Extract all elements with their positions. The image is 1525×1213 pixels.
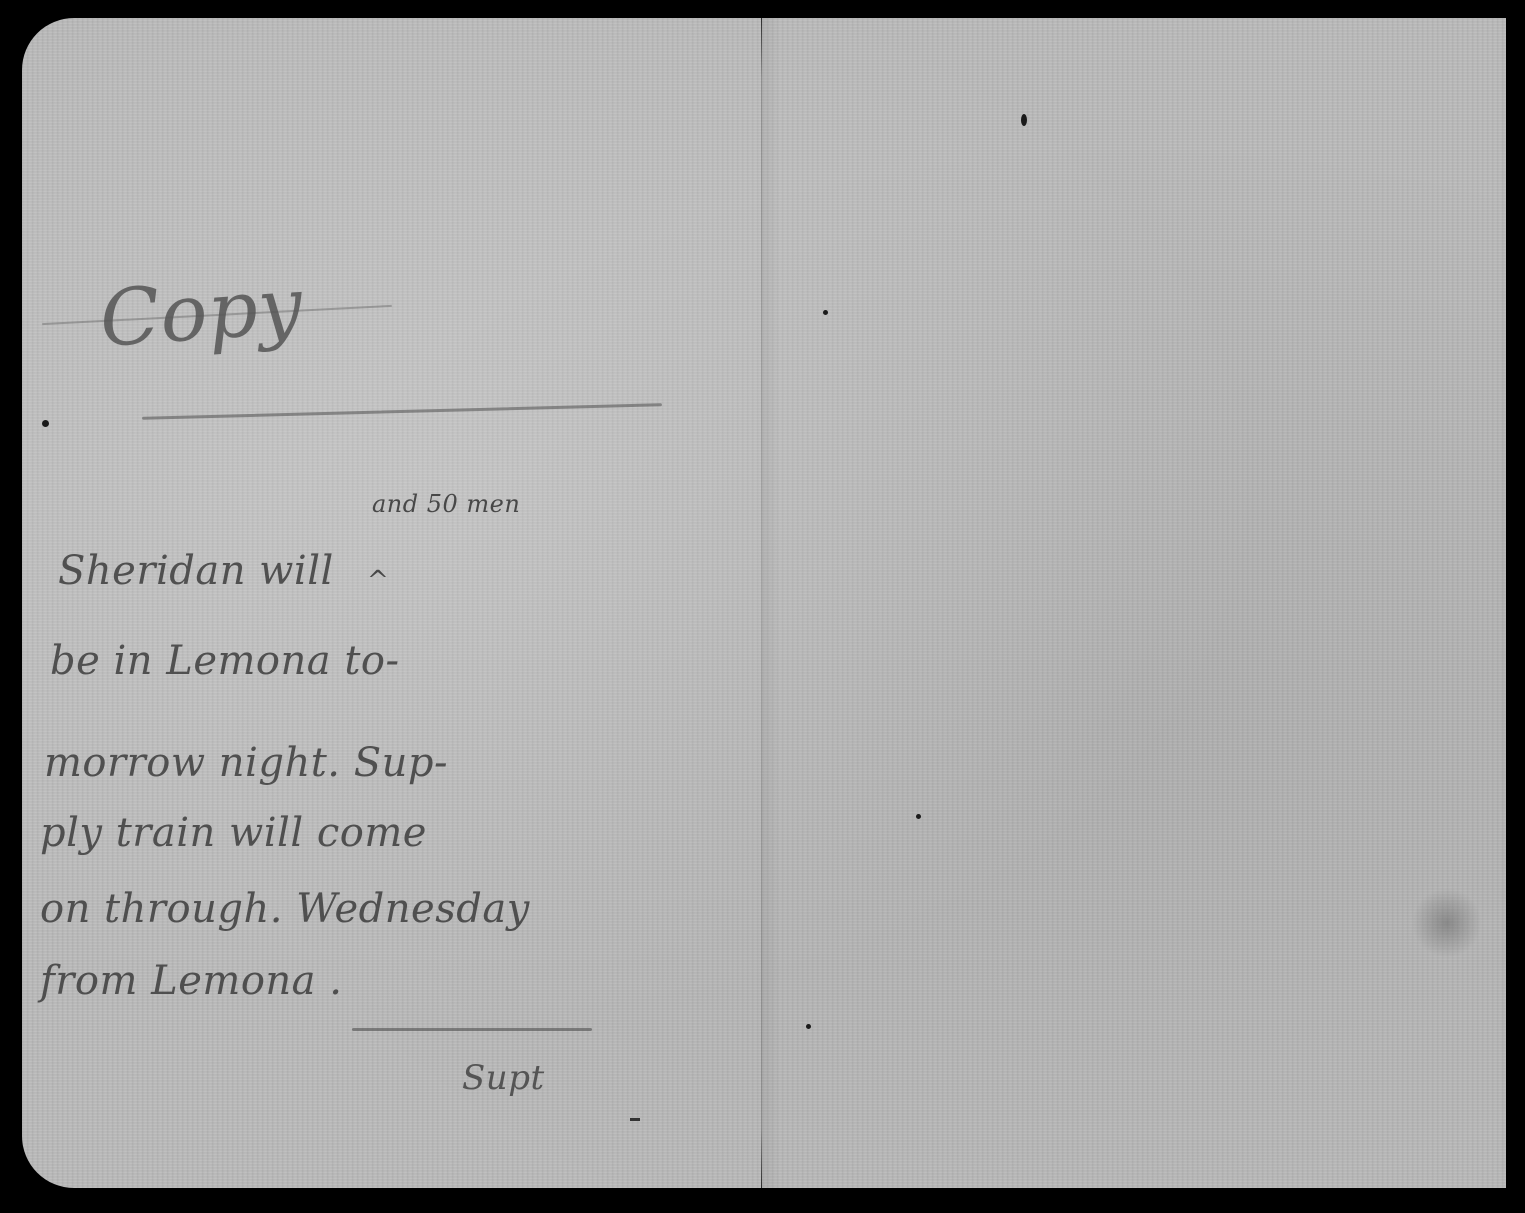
text-line-2: be in Lemona to- (50, 638, 400, 684)
signature-dash (630, 1118, 640, 1121)
fold-shadow (762, 18, 780, 1188)
scanned-paper: Copy and 50 men ^ Sheridan will be in Le… (22, 18, 1506, 1188)
text-line-6: from Lemona . (40, 958, 342, 1004)
ink-dot (823, 310, 828, 315)
center-fold-line (761, 18, 762, 1188)
text-line-1: Sheridan will (58, 548, 334, 594)
signature-scrawl (352, 1028, 592, 1031)
heading-underline (142, 403, 662, 420)
smudge-mark (1398, 874, 1495, 971)
text-line-4: ply train will come (40, 810, 427, 856)
text-line-5: on through. Wednesday (40, 886, 530, 932)
ink-dot (916, 814, 921, 819)
signature: Supt (462, 1058, 545, 1098)
insertion-caret: ^ (367, 566, 389, 596)
text-line-3: morrow night. Sup- (44, 740, 448, 786)
ink-dot (1021, 114, 1027, 126)
ink-dot (806, 1024, 811, 1029)
ink-dot (42, 420, 49, 427)
inserted-text: and 50 men (372, 490, 520, 518)
heading-copy: Copy (97, 261, 305, 365)
perforated-edge (1500, 18, 1506, 1188)
